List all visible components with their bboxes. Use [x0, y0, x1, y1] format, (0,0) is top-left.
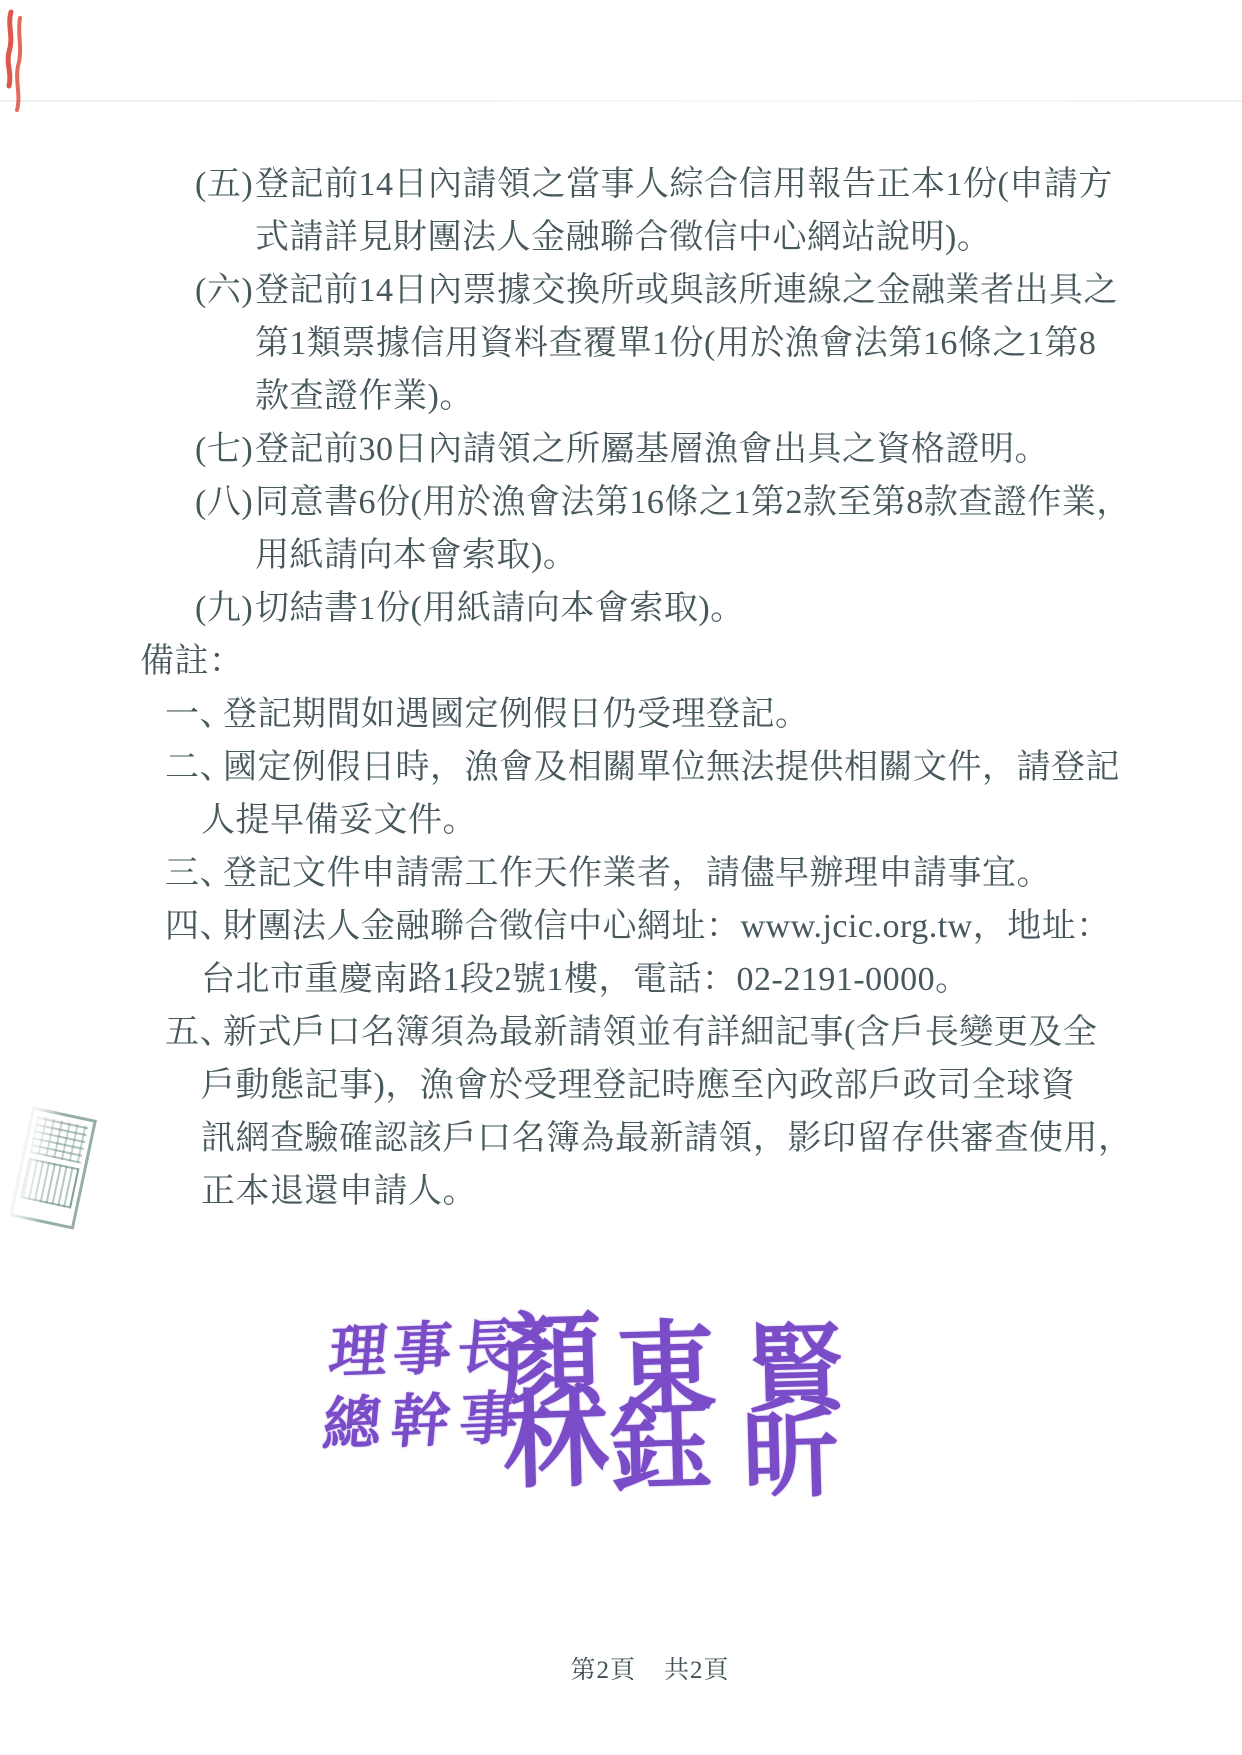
edge-seal-inner-box [20, 1158, 79, 1208]
footer-total-pages: 共2頁 [664, 1650, 730, 1686]
edge-seal-glyphs [30, 1116, 89, 1164]
stamp-name-char: 鈺 [608, 1365, 712, 1512]
stamp-name-char: 昕 [740, 1375, 841, 1517]
scanned-document-page: (五)登記前14日內請領之當事人綜合信用報告正本1份(申請方 式請詳見財團法人金… [0, 0, 1242, 1755]
stamp-name-char: 林 [500, 1355, 610, 1510]
page-footer: 第2頁 共2頁 [0, 1650, 1242, 1686]
signature-stamp: 理事長 總幹事 顏 東 賢 林 鈺 昕 [0, 0, 1242, 1755]
footer-page-number: 第2頁 [570, 1650, 636, 1686]
